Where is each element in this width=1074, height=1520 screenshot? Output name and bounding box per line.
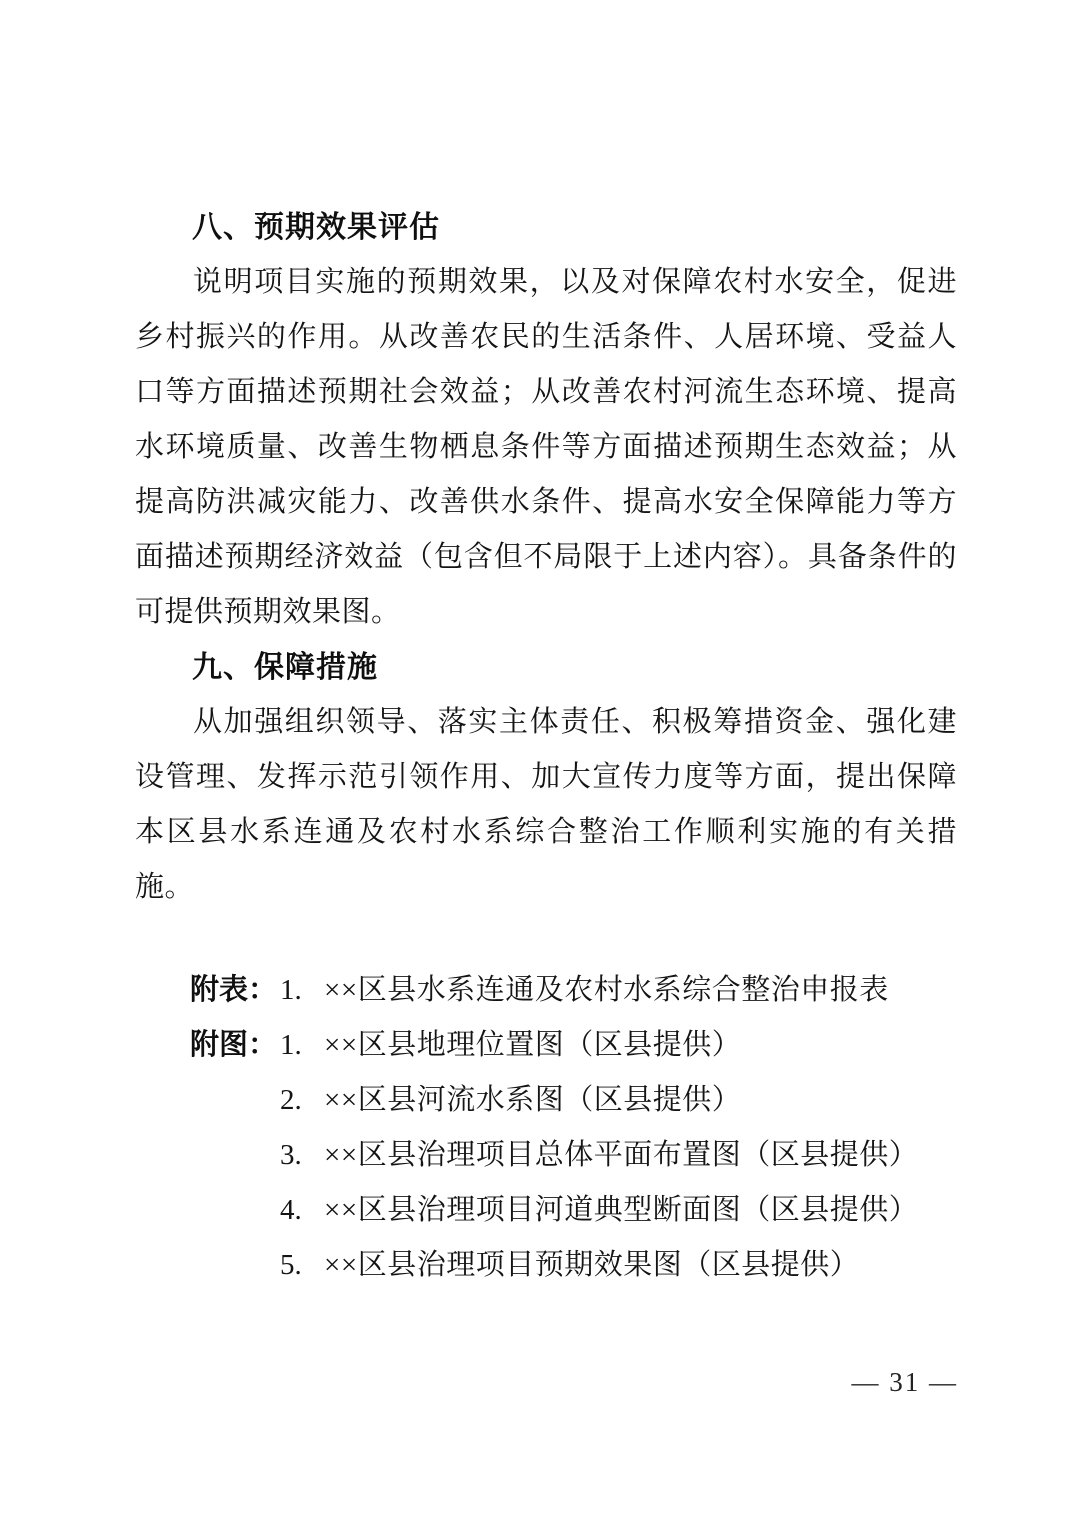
attachment-number: 3. [280,1128,324,1183]
attachment-title: ××区县河流水系图（区县提供） [324,1084,741,1116]
section-8-paragraph: 说明项目实施的预期效果，以及对保障农村水安全，促进乡村振兴的作用。从改善农民的生… [135,255,957,640]
page-footer: — 31 — [852,1362,959,1402]
attachment-row-tables-1: 附表：1.××区县水系连通及农村水系综合整治申报表 [190,963,957,1018]
attachment-figures-label: 附图： [190,1018,280,1073]
document-page: 八、预期效果评估 说明项目实施的预期效果，以及对保障农村水安全，促进乡村振兴的作… [0,0,1074,1520]
attachment-title: ××区县治理项目预期效果图（区县提供） [324,1249,859,1281]
page-number: — 31 — [852,1367,959,1397]
attachment-tables-label: 附表： [190,963,280,1018]
attachment-number: 1. [280,963,324,1018]
section-9-paragraph: 从加强组织领导、落实主体责任、积极筹措资金、强化建设管理、发挥示范引领作用、加大… [135,695,957,915]
attachment-title: ××区县地理位置图（区县提供） [324,1029,741,1061]
section-8-heading: 八、预期效果评估 [135,200,957,255]
attachment-title: ××区县治理项目总体平面布置图（区县提供） [324,1139,918,1171]
attachment-title: ××区县治理项目河道典型断面图（区县提供） [324,1194,918,1226]
attachments-list: 附表：1.××区县水系连通及农村水系综合整治申报表 附图：1.××区县地理位置图… [135,963,957,1293]
document-content: 八、预期效果评估 说明项目实施的预期效果，以及对保障农村水安全，促进乡村振兴的作… [135,200,957,1293]
attachment-row-figures-3: 3.××区县治理项目总体平面布置图（区县提供） [190,1128,957,1183]
attachment-title: ××区县水系连通及农村水系综合整治申报表 [324,974,889,1006]
attachment-number: 2. [280,1073,324,1128]
attachment-row-figures-5: 5.××区县治理项目预期效果图（区县提供） [190,1238,957,1293]
section-9-heading: 九、保障措施 [135,640,957,695]
attachment-number: 5. [280,1238,324,1293]
attachment-number: 1. [280,1018,324,1073]
attachment-number: 4. [280,1183,324,1238]
attachment-row-figures-2: 2.××区县河流水系图（区县提供） [190,1073,957,1128]
attachment-row-figures-4: 4.××区县治理项目河道典型断面图（区县提供） [190,1183,957,1238]
attachment-row-figures-1: 附图：1.××区县地理位置图（区县提供） [190,1018,957,1073]
